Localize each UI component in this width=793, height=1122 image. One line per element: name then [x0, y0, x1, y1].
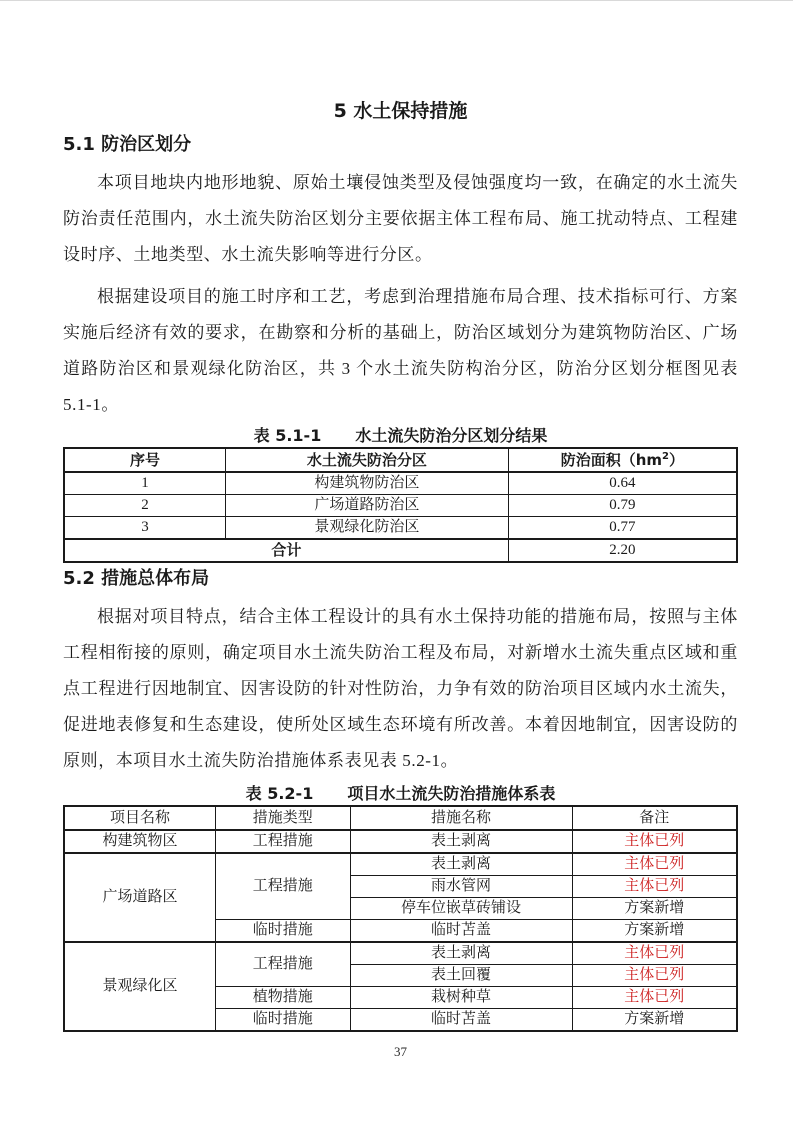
table1-caption: 表 5.1-1水土流失防治分区划分结果 [63, 425, 738, 447]
table-cell: 0.64 [508, 472, 737, 495]
table2-header-project: 项目名称 [64, 806, 215, 830]
table-row: 景观绿化区 工程措施 表土剥离 主体已列 [64, 942, 737, 965]
table2-caption: 表 5.2-1项目水土流失防治措施体系表 [63, 783, 738, 805]
table-cell: 0.79 [508, 495, 737, 517]
table1-caption-label: 表 5.1-1 [254, 426, 322, 445]
section-heading-5-2: 5.2 措施总体布局 [63, 567, 738, 591]
table-cell-type: 工程措施 [215, 853, 350, 920]
document-page: 5 水土保持措施 5.1 防治区划分 本项目地块内地形地貌、原始土壤侵蚀类型及侵… [0, 0, 793, 1122]
table1-header-seq: 序号 [64, 448, 226, 472]
table2-caption-title: 项目水土流失防治措施体系表 [347, 784, 555, 803]
table-cell-note: 主体已列 [572, 987, 737, 1009]
table-row: 构建筑物区 工程措施 表土剥离 主体已列 [64, 830, 737, 853]
table2-header-note: 备注 [572, 806, 737, 830]
table1-header-area: 防治面积（hm2） [508, 448, 737, 472]
table-cell-note: 主体已列 [572, 965, 737, 987]
table-cell-project: 广场道路区 [64, 853, 215, 942]
table-cell-note: 主体已列 [572, 853, 737, 876]
table-cell-measure: 栽树种草 [350, 987, 572, 1009]
table1-total-label: 合计 [64, 539, 508, 562]
table1-header-zone: 水土流失防治分区 [226, 448, 509, 472]
table-5-2-1: 项目名称 措施类型 措施名称 备注 构建筑物区 工程措施 表土剥离 主体已列 广… [63, 805, 738, 1032]
table2-caption-label: 表 5.2-1 [246, 784, 314, 803]
paragraph-zoning-basis: 本项目地块内地形地貌、原始土壤侵蚀类型及侵蚀强度均一致，在确定的水土流失防治责任… [63, 165, 738, 273]
table-cell-measure: 雨水管网 [350, 876, 572, 898]
table-cell: 3 [64, 517, 226, 540]
table-cell-measure: 表土剥离 [350, 830, 572, 853]
table-cell-type: 工程措施 [215, 830, 350, 853]
table-cell-type: 临时措施 [215, 920, 350, 943]
table1-header-area-close: ） [669, 451, 684, 469]
table-cell-measure: 临时苫盖 [350, 1009, 572, 1032]
table-cell-note: 主体已列 [572, 876, 737, 898]
table1-total-value: 2.20 [508, 539, 737, 562]
table-cell-note: 主体已列 [572, 830, 737, 853]
table-cell-measure: 表土剥离 [350, 942, 572, 965]
table-cell-note: 方案新增 [572, 898, 737, 920]
table-cell-measure: 临时苫盖 [350, 920, 572, 943]
table-cell: 景观绿化防治区 [226, 517, 509, 540]
table-cell-note: 方案新增 [572, 1009, 737, 1032]
table1-header-area-text: 防治面积（hm [561, 451, 662, 469]
table-cell-note: 方案新增 [572, 920, 737, 943]
table-row: 广场道路区 工程措施 表土剥离 主体已列 [64, 853, 737, 876]
table-cell-project: 景观绿化区 [64, 942, 215, 1031]
table1-header-area-sup: 2 [662, 451, 669, 462]
table1-total-row: 合计 2.20 [64, 539, 737, 562]
table-cell-note: 主体已列 [572, 942, 737, 965]
table2-header-type: 措施类型 [215, 806, 350, 830]
table1-caption-title: 水土流失防治分区划分结果 [355, 426, 547, 445]
table-5-1-1: 序号 水土流失防治分区 防治面积（hm2） 1 构建筑物防治区 0.64 2 广… [63, 447, 738, 563]
table-cell-project: 构建筑物区 [64, 830, 215, 853]
table-cell-type: 植物措施 [215, 987, 350, 1009]
table-row: 2 广场道路防治区 0.79 [64, 495, 737, 517]
table2-header-row: 项目名称 措施类型 措施名称 备注 [64, 806, 737, 830]
page-title: 5 水土保持措施 [63, 99, 738, 123]
section-heading-5-1: 5.1 防治区划分 [63, 133, 738, 157]
table-cell-measure: 表土回覆 [350, 965, 572, 987]
table-cell-measure: 停车位嵌草砖铺设 [350, 898, 572, 920]
table-cell: 2 [64, 495, 226, 517]
page-number: 37 [63, 1044, 738, 1060]
table1-header-row: 序号 水土流失防治分区 防治面积（hm2） [64, 448, 737, 472]
paragraph-zoning-result: 根据建设项目的施工时序和工艺，考虑到治理措施布局合理、技术指标可行、方案实施后经… [63, 279, 738, 423]
table-cell-type: 临时措施 [215, 1009, 350, 1032]
table-cell-type: 工程措施 [215, 942, 350, 987]
table2-header-measure: 措施名称 [350, 806, 572, 830]
paragraph-measures-layout: 根据对项目特点，结合主体工程设计的具有水土保持功能的措施布局，按照与主体工程相衔… [63, 599, 738, 779]
table-cell: 广场道路防治区 [226, 495, 509, 517]
table-cell: 1 [64, 472, 226, 495]
table-row: 1 构建筑物防治区 0.64 [64, 472, 737, 495]
table-cell: 0.77 [508, 517, 737, 540]
table-row: 3 景观绿化防治区 0.77 [64, 517, 737, 540]
table-cell-measure: 表土剥离 [350, 853, 572, 876]
table-cell: 构建筑物防治区 [226, 472, 509, 495]
